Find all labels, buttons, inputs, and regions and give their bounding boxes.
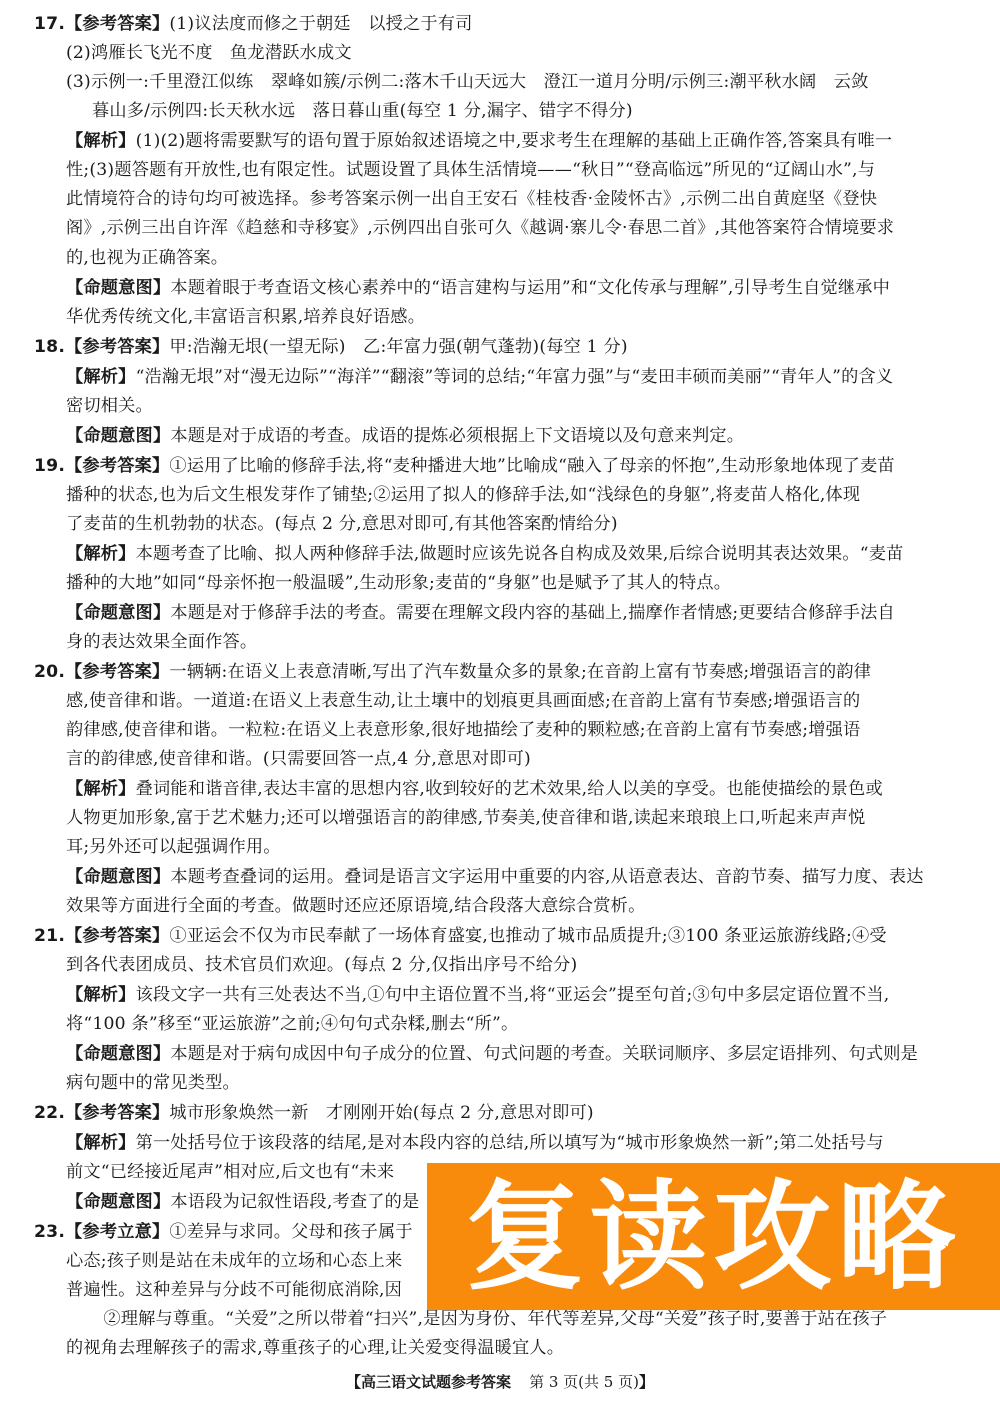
section-tag: 21.【参考答案】	[34, 926, 169, 946]
section-tag: 22.【参考答案】	[34, 1103, 169, 1123]
section-tag: 【解析】	[66, 1133, 136, 1153]
line-text: 本题是对于成语的考查。成语的提炼必须根据上下文语境以及句意来判定。	[170, 426, 744, 446]
text-line: 人物更加形象,富于艺术魅力;还可以增强语言的韵律感,节奏美,使音律和谐,读起来琅…	[66, 804, 865, 833]
section-tag: 【命题意图】	[66, 867, 170, 887]
line-text: 了麦苗的生机勃勃的状态。(每点 2 分,意思对即可,有其他答案酌情给分)	[66, 514, 618, 534]
line-text: 华优秀传统文化,丰富语言积累,培养良好语感。	[66, 307, 425, 327]
text-line: 华优秀传统文化,丰富语言积累,培养良好语感。	[66, 303, 425, 332]
text-line: 【命题意图】本题是对于病句成因中句子成分的位置、句式问题的考查。关联词顺序、多层…	[66, 1040, 918, 1069]
text-line: (2)鸿雁长飞光不度 鱼龙潜跃水成文	[66, 39, 352, 68]
line-text: 本题考查了比喻、拟人两种修辞手法,做题时应该先说各自构成及效果,后综合说明其表达…	[136, 544, 904, 564]
text-line: 播种的大地”如同“母亲怀抱一般温暖”,生动形象;麦苗的“身躯”也是赋予了其人的特…	[66, 569, 731, 598]
text-line: 病句题中的常见类型。	[66, 1069, 240, 1098]
section-tag: 【命题意图】	[66, 426, 170, 446]
text-line: 【解析】该段文字一共有三处表达不当,①句中主语位置不当,将“亚运会”提至句首;③…	[66, 981, 889, 1010]
text-line: 19.【参考答案】①运用了比喻的修辞手法,将“麦种播进大地”比喻成“融入了母亲的…	[34, 452, 895, 481]
text-line: 【命题意图】本语段为记叙性语段,考查了的是	[66, 1188, 419, 1217]
line-text: 感,使音律和谐。一道道:在语义上表意生动,让土壤中的划痕更具画面感;在音韵上富有…	[66, 691, 860, 711]
line-text: 一辆辆:在语义上表意清晰,写出了汽车数量众多的景象;在音韵上富有节奏感;增强语言…	[169, 662, 871, 682]
text-line: 的,也视为正确答案。	[66, 244, 228, 273]
text-line: 阁》,示例三出自许浑《趋慈和寺移宴》,示例四出自张可久《越调·寨儿令·春思二首》…	[66, 214, 894, 243]
section-tag: 【解析】	[66, 131, 136, 151]
line-text: (2)鸿雁长飞光不度 鱼龙潜跃水成文	[66, 43, 352, 63]
line-text: 将“100 条”移至“亚运旅游”之前;④句句式杂糅,删去“所”。	[66, 1014, 518, 1034]
section-tag: 17.【参考答案】	[34, 14, 169, 34]
line-text: ②理解与尊重。“关爱”之所以带着“扫兴”,是因为身份、年代等差异,父母“关爱”孩…	[86, 1309, 887, 1329]
line-text: 播种的大地”如同“母亲怀抱一般温暖”,生动形象;麦苗的“身躯”也是赋予了其人的特…	[66, 573, 731, 593]
footer-close: 】	[639, 1373, 654, 1391]
line-text: 该段文字一共有三处表达不当,①句中主语位置不当,将“亚运会”提至句首;③句中多层…	[136, 985, 890, 1005]
text-line: 暮山多/示例四:长天秋水远 落日暮山重(每空 1 分,漏字、错字不得分)	[92, 97, 633, 126]
text-line: 18.【参考答案】甲:浩瀚无垠(一望无际) 乙:年富力强(朝气蓬勃)(每空 1 …	[34, 333, 628, 362]
text-line: 【解析】叠词能和谐音律,表达丰富的思想内容,收到较好的艺术效果,给人以美的享受。…	[66, 775, 883, 804]
text-line: (3)示例一:千里澄江似练 翠峰如簇/示例二:落木千山天远大 澄江一道月分明/示…	[66, 68, 869, 97]
line-text: 耳;另外还可以起强调作用。	[66, 837, 281, 857]
line-text: 韵律感,使音律和谐。一粒粒:在语义上表意形象,很好地描绘了麦种的颗粒感;在音韵上…	[66, 720, 860, 740]
text-line: 23.【参考立意】①差异与求同。父母和孩子属于	[34, 1218, 413, 1247]
text-line: 【解析】本题考查了比喻、拟人两种修辞手法,做题时应该先说各自构成及效果,后综合说…	[66, 540, 904, 569]
line-text: (3)示例一:千里澄江似练 翠峰如簇/示例二:落木千山天远大 澄江一道月分明/示…	[66, 72, 869, 92]
line-text: ①差异与求同。父母和孩子属于	[169, 1222, 412, 1242]
text-line: 言的韵律感,使音律和谐。(只需要回答一点,4 分,意思对即可)	[66, 745, 531, 774]
text-line: 了麦苗的生机勃勃的状态。(每点 2 分,意思对即可,有其他答案酌情给分)	[66, 510, 618, 539]
page-footer: 【高三语文试题参考答案第 3 页(共 5 页)】	[0, 1371, 1000, 1393]
line-text: 第一处括号位于该段落的结尾,是对本段内容的总结,所以填写为“城市形象焕然一新”;…	[136, 1133, 884, 1153]
text-line: 心态;孩子则是站在未成年的立场和心态上来	[66, 1247, 402, 1276]
section-tag: 【解析】	[66, 779, 136, 799]
line-text: 本语段为记叙性语段,考查了的是	[170, 1192, 419, 1212]
text-line: 21.【参考答案】①亚运会不仅为市民奉献了一场体育盛宴,也推动了城市品质提升;③…	[34, 922, 887, 951]
text-line: 【解析】“浩瀚无垠”对“漫无边际”“海洋”“翻滚”等词的总结;“年富力强”与“麦…	[66, 363, 893, 392]
text-line: 到各代表团成员、技术官员们欢迎。(每点 2 分,仅指出序号不给分)	[66, 951, 577, 980]
line-text: ①亚运会不仅为市民奉献了一场体育盛宴,也推动了城市品质提升;③100 条亚运旅游…	[169, 926, 886, 946]
text-line: 【命题意图】本题是对于修辞手法的考查。需要在理解文段内容的基础上,揣摩作者情感;…	[66, 599, 895, 628]
watermark-banner: 复读攻略	[427, 1163, 1000, 1310]
text-line: 20.【参考答案】一辆辆:在语义上表意清晰,写出了汽车数量众多的景象;在音韵上富…	[34, 658, 871, 687]
text-line: 耳;另外还可以起强调作用。	[66, 833, 281, 862]
section-tag: 【解析】	[66, 367, 136, 387]
line-text: (1)议法度而修之于朝廷 以授之于有司	[169, 14, 472, 34]
section-tag: 19.【参考答案】	[34, 456, 169, 476]
line-text: 的,也视为正确答案。	[66, 248, 228, 268]
line-text: 效果等方面进行全面的考查。做题时还应还原语境,结合段落大意综合赏析。	[66, 896, 645, 916]
text-line: 此情境符合的诗句均可被选择。参考答案示例一出自王安石《桂枝香·金陵怀古》,示例二…	[66, 185, 877, 214]
text-line: 【解析】(1)(2)题将需要默写的语句置于原始叙述语境之中,要求考生在理解的基础…	[66, 127, 892, 156]
line-text: 叠词能和谐音律,表达丰富的思想内容,收到较好的艺术效果,给人以美的享受。也能使描…	[136, 779, 883, 799]
line-text: 性;(3)题答题有开放性,也有限定性。试题设置了具体生活情境——“秋日”“登高临…	[66, 160, 875, 180]
line-text: 心态;孩子则是站在未成年的立场和心态上来	[66, 1251, 402, 1271]
text-line: 17.【参考答案】(1)议法度而修之于朝廷 以授之于有司	[34, 10, 473, 39]
text-line: 【命题意图】本题是对于成语的考查。成语的提炼必须根据上下文语境以及句意来判定。	[66, 422, 744, 451]
line-text: ①运用了比喻的修辞手法,将“麦种播进大地”比喻成“融入了母亲的怀抱”,生动形象地…	[169, 456, 894, 476]
text-line: 【命题意图】本题考查叠词的运用。叠词是语言文字运用中重要的内容,从语意表达、音韵…	[66, 863, 924, 892]
line-text: 到各代表团成员、技术官员们欢迎。(每点 2 分,仅指出序号不给分)	[66, 955, 577, 975]
text-line: 的视角去理解孩子的需求,尊重孩子的心理,让关爱变得温暖宜人。	[66, 1334, 564, 1363]
line-text: 本题着眼于考查语文核心素养中的“语言建构与运用”和“文化传承与理解”,引导考生自…	[170, 278, 890, 298]
line-text: (1)(2)题将需要默写的语句置于原始叙述语境之中,要求考生在理解的基础上正确作…	[136, 131, 893, 151]
line-text: 阁》,示例三出自许浑《趋慈和寺移宴》,示例四出自张可久《越调·寨儿令·春思二首》…	[66, 218, 894, 238]
line-text: 本题是对于病句成因中句子成分的位置、句式问题的考查。关联词顺序、多层定语排列、句…	[170, 1044, 918, 1064]
section-tag: 【命题意图】	[66, 1192, 170, 1212]
section-tag: 【命题意图】	[66, 603, 170, 623]
text-line: 【解析】第一处括号位于该段落的结尾,是对本段内容的总结,所以填写为“城市形象焕然…	[66, 1129, 884, 1158]
section-tag: 【命题意图】	[66, 278, 170, 298]
text-line: 性;(3)题答题有开放性,也有限定性。试题设置了具体生活情境——“秋日”“登高临…	[66, 156, 875, 185]
line-text: 本题考查叠词的运用。叠词是语言文字运用中重要的内容,从语意表达、音韵节奏、描写力…	[170, 867, 923, 887]
text-line: 感,使音律和谐。一道道:在语义上表意生动,让土壤中的划痕更具画面感;在音韵上富有…	[66, 687, 860, 716]
text-line: 22.【参考答案】城市形象焕然一新 才刚刚开始(每点 2 分,意思对即可)	[34, 1099, 594, 1128]
line-text: 言的韵律感,使音律和谐。(只需要回答一点,4 分,意思对即可)	[66, 749, 531, 769]
line-text: 密切相关。	[66, 396, 153, 416]
footer-page-info: 第 3 页(共 5 页)	[529, 1373, 639, 1391]
section-tag: 18.【参考答案】	[34, 337, 169, 357]
section-tag: 23.【参考立意】	[34, 1222, 169, 1242]
line-text: 普遍性。这种差异与分歧不可能彻底消除,因	[66, 1280, 402, 1300]
line-text: 病句题中的常见类型。	[66, 1073, 240, 1093]
line-text: 此情境符合的诗句均可被选择。参考答案示例一出自王安石《桂枝香·金陵怀古》,示例二…	[66, 189, 877, 209]
line-text: 前文“已经接近尾声”相对应,后文也有“未来	[66, 1162, 394, 1182]
line-text: 暮山多/示例四:长天秋水远 落日暮山重(每空 1 分,漏字、错字不得分)	[92, 101, 633, 121]
text-line: 【命题意图】本题着眼于考查语文核心素养中的“语言建构与运用”和“文化传承与理解”…	[66, 274, 890, 303]
text-line: 效果等方面进行全面的考查。做题时还应还原语境,结合段落大意综合赏析。	[66, 892, 645, 921]
footer-title: 【高三语文试题参考答案	[346, 1373, 511, 1391]
watermark-text: 复读攻略	[465, 1178, 961, 1296]
text-line: 普遍性。这种差异与分歧不可能彻底消除,因	[66, 1276, 402, 1305]
text-line: 前文“已经接近尾声”相对应,后文也有“未来	[66, 1158, 394, 1187]
text-line: 韵律感,使音律和谐。一粒粒:在语义上表意形象,很好地描绘了麦种的颗粒感;在音韵上…	[66, 716, 860, 745]
section-tag: 【命题意图】	[66, 1044, 170, 1064]
line-text: “浩瀚无垠”对“漫无边际”“海洋”“翻滚”等词的总结;“年富力强”与“麦田丰硕而…	[136, 367, 894, 387]
line-text: 人物更加形象,富于艺术魅力;还可以增强语言的韵律感,节奏美,使音律和谐,读起来琅…	[66, 808, 865, 828]
text-line: 密切相关。	[66, 392, 153, 421]
text-line: 身的表达效果全面作答。	[66, 628, 257, 657]
line-text: 城市形象焕然一新 才刚刚开始(每点 2 分,意思对即可)	[169, 1103, 593, 1123]
line-text: 本题是对于修辞手法的考查。需要在理解文段内容的基础上,揣摩作者情感;更要结合修辞…	[170, 603, 895, 623]
section-tag: 20.【参考答案】	[34, 662, 169, 682]
text-line: 播种的状态,也为后文生根发芽作了铺垫;②运用了拟人的修辞手法,如“浅绿色的身躯”…	[66, 481, 860, 510]
section-tag: 【解析】	[66, 985, 136, 1005]
line-text: 身的表达效果全面作答。	[66, 632, 257, 652]
text-line: 将“100 条”移至“亚运旅游”之前;④句句式杂糅,删去“所”。	[66, 1010, 518, 1039]
section-tag: 【解析】	[66, 544, 136, 564]
line-text: 播种的状态,也为后文生根发芽作了铺垫;②运用了拟人的修辞手法,如“浅绿色的身躯”…	[66, 485, 860, 505]
line-text: 甲:浩瀚无垠(一望无际) 乙:年富力强(朝气蓬勃)(每空 1 分)	[169, 337, 627, 357]
line-text: 的视角去理解孩子的需求,尊重孩子的心理,让关爱变得温暖宜人。	[66, 1338, 564, 1358]
